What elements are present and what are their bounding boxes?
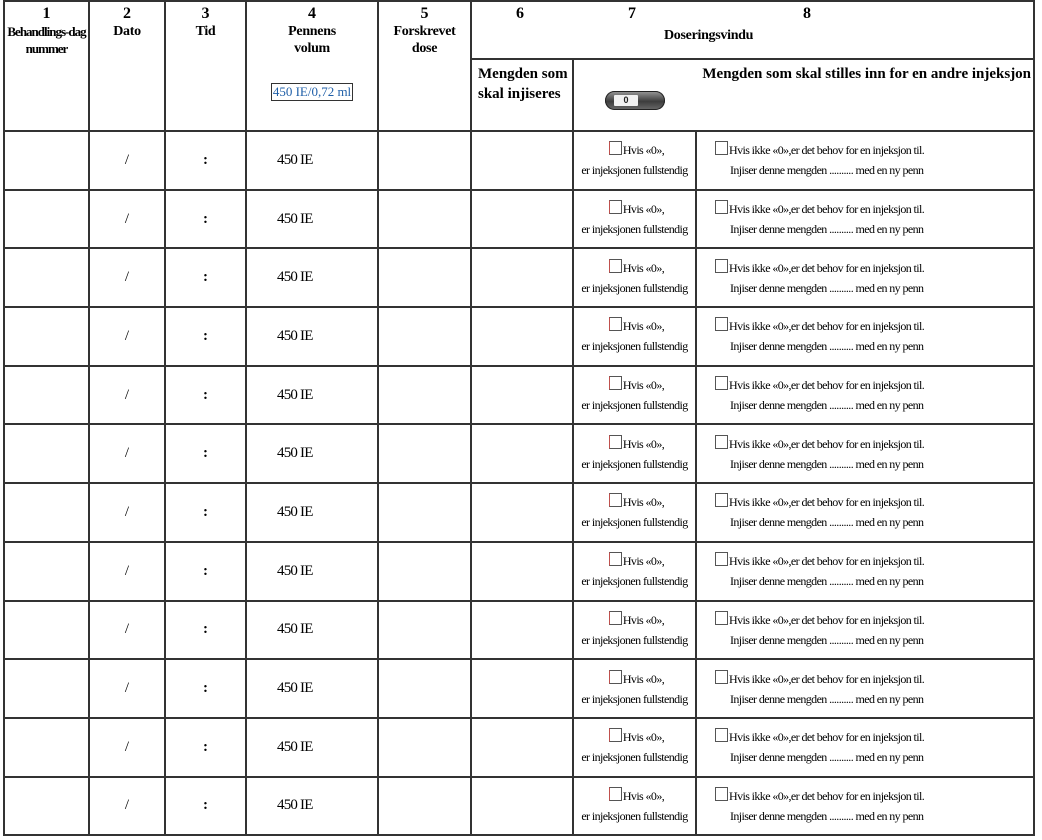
checkbox-label: Hvis «0», bbox=[623, 319, 664, 333]
prescribed-dose-cell[interactable] bbox=[378, 366, 471, 425]
injection-complete-checkbox[interactable] bbox=[609, 200, 622, 214]
day-number-cell[interactable] bbox=[4, 483, 89, 542]
column-number: 3 bbox=[166, 5, 245, 23]
prescribed-dose-cell[interactable] bbox=[378, 424, 471, 483]
date-cell[interactable]: / bbox=[89, 366, 165, 425]
table-row: / : 450 IE Hvis «0», er injeksjonen full… bbox=[4, 366, 1034, 425]
date-cell[interactable]: / bbox=[89, 777, 165, 836]
checkbox-label-2: Injiser denne mengden .......... med en … bbox=[697, 747, 1033, 767]
date-cell[interactable]: / bbox=[89, 248, 165, 307]
day-number-cell[interactable] bbox=[4, 366, 89, 425]
pen-volume-value: 450 IE bbox=[247, 680, 377, 697]
amount-to-inject-cell[interactable] bbox=[471, 718, 573, 777]
prescribed-dose-cell[interactable] bbox=[378, 659, 471, 718]
day-number-cell[interactable] bbox=[4, 307, 89, 366]
another-injection-checkbox[interactable] bbox=[715, 552, 728, 566]
pen-volume-cell: 450 IE bbox=[246, 248, 378, 307]
time-cell[interactable]: : bbox=[165, 601, 246, 660]
injection-complete-cell: Hvis «0», er injeksjonen fullstendig bbox=[573, 777, 696, 836]
pen-volume-cell: 450 IE bbox=[246, 131, 378, 190]
date-separator: / bbox=[125, 269, 129, 285]
date-separator: / bbox=[125, 152, 129, 168]
amount-to-inject-cell[interactable] bbox=[471, 190, 573, 249]
checkbox-label-2: Injiser denne mengden .......... med en … bbox=[697, 219, 1033, 239]
another-injection-cell: Hvis ikke «0»,er det behov for en injeks… bbox=[696, 307, 1034, 366]
another-injection-cell: Hvis ikke «0»,er det behov for en injeks… bbox=[696, 777, 1034, 836]
pen-volume-cell: 450 IE bbox=[246, 190, 378, 249]
time-cell[interactable]: : bbox=[165, 718, 246, 777]
another-injection-cell: Hvis ikke «0»,er det behov for en injeks… bbox=[696, 424, 1034, 483]
another-injection-checkbox[interactable] bbox=[715, 728, 728, 742]
injection-complete-cell: Hvis «0», er injeksjonen fullstendig bbox=[573, 542, 696, 601]
pen-volume-value: 450 IE bbox=[247, 621, 377, 638]
injection-complete-checkbox[interactable] bbox=[609, 435, 622, 449]
checkbox-label-2: er injeksjonen fullstendig bbox=[581, 222, 687, 236]
day-number-cell[interactable] bbox=[4, 718, 89, 777]
time-separator: : bbox=[203, 328, 208, 344]
table-row: / : 450 IE Hvis «0», er injeksjonen full… bbox=[4, 248, 1034, 307]
second-injection-title: Mengden som skal stilles inn for en andr… bbox=[702, 66, 1031, 83]
date-cell[interactable]: / bbox=[89, 659, 165, 718]
checkbox-label-2: Injiser denne mengden .......... med en … bbox=[697, 395, 1033, 415]
injection-complete-checkbox[interactable] bbox=[609, 376, 622, 390]
pen-volume-cell: 450 IE bbox=[246, 777, 378, 836]
amount-to-inject-cell[interactable] bbox=[471, 542, 573, 601]
time-cell[interactable]: : bbox=[165, 190, 246, 249]
amount-to-inject-cell[interactable] bbox=[471, 601, 573, 660]
time-separator: : bbox=[203, 445, 208, 461]
prescribed-dose-cell[interactable] bbox=[378, 248, 471, 307]
table-row: / : 450 IE Hvis «0», er injeksjonen full… bbox=[4, 190, 1034, 249]
injection-complete-cell: Hvis «0», er injeksjonen fullstendig bbox=[573, 718, 696, 777]
day-number-cell[interactable] bbox=[4, 659, 89, 718]
column-number: 2 bbox=[90, 5, 164, 23]
injection-complete-cell: Hvis «0», er injeksjonen fullstendig bbox=[573, 307, 696, 366]
amount-to-inject-cell[interactable] bbox=[471, 424, 573, 483]
table-row: / : 450 IE Hvis «0», er injeksjonen full… bbox=[4, 659, 1034, 718]
checkbox-label: Hvis «0», bbox=[623, 437, 664, 451]
checkbox-label: Hvis ikke «0»,er det behov for en injeks… bbox=[729, 495, 924, 509]
date-separator: / bbox=[125, 680, 129, 696]
injection-complete-checkbox[interactable] bbox=[609, 611, 622, 625]
prescribed-dose-cell[interactable] bbox=[378, 777, 471, 836]
injection-complete-cell: Hvis «0», er injeksjonen fullstendig bbox=[573, 366, 696, 425]
date-cell[interactable]: / bbox=[89, 601, 165, 660]
checkbox-label-2: er injeksjonen fullstendig bbox=[581, 281, 687, 295]
pen-volume-cell: 450 IE bbox=[246, 307, 378, 366]
checkbox-label: Hvis ikke «0»,er det behov for en injeks… bbox=[729, 143, 924, 157]
day-number-cell[interactable] bbox=[4, 542, 89, 601]
column-label: Dato bbox=[90, 23, 164, 40]
column-number: 6 bbox=[516, 5, 524, 23]
date-separator: / bbox=[125, 797, 129, 813]
checkbox-label: Hvis ikke «0»,er det behov for en injeks… bbox=[729, 437, 924, 451]
table-row: / : 450 IE Hvis «0», er injeksjonen full… bbox=[4, 424, 1034, 483]
amount-to-inject-cell[interactable] bbox=[471, 659, 573, 718]
checkbox-label: Hvis «0», bbox=[623, 261, 664, 275]
table-row: / : 450 IE Hvis «0», er injeksjonen full… bbox=[4, 542, 1034, 601]
date-cell[interactable]: / bbox=[89, 483, 165, 542]
pen-volume-cell: 450 IE bbox=[246, 601, 378, 660]
injection-complete-checkbox[interactable] bbox=[609, 317, 622, 331]
injection-complete-cell: Hvis «0», er injeksjonen fullstendig bbox=[573, 659, 696, 718]
checkbox-label-2: Injiser denne mengden .......... med en … bbox=[697, 454, 1033, 474]
pen-volume-cell: 450 IE bbox=[246, 424, 378, 483]
date-cell[interactable]: / bbox=[89, 718, 165, 777]
day-number-cell[interactable] bbox=[4, 131, 89, 190]
pen-volume-cell: 450 IE bbox=[246, 366, 378, 425]
table-row: / : 450 IE Hvis «0», er injeksjonen full… bbox=[4, 307, 1034, 366]
another-injection-cell: Hvis ikke «0»,er det behov for en injeks… bbox=[696, 190, 1034, 249]
time-cell[interactable]: : bbox=[165, 366, 246, 425]
day-number-cell[interactable] bbox=[4, 424, 89, 483]
injection-complete-checkbox[interactable] bbox=[609, 787, 622, 801]
column-label: Pennens volum bbox=[282, 23, 342, 57]
pen-volume-value: 450 IE bbox=[247, 797, 377, 814]
time-cell[interactable]: : bbox=[165, 542, 246, 601]
time-separator: : bbox=[203, 680, 208, 696]
checkbox-label-2: er injeksjonen fullstendig bbox=[581, 750, 687, 764]
amount-to-inject-cell[interactable] bbox=[471, 248, 573, 307]
checkbox-label-2: Injiser denne mengden .......... med en … bbox=[697, 512, 1033, 532]
checkbox-label-2: er injeksjonen fullstendig bbox=[581, 515, 687, 529]
table-row: / : 450 IE Hvis «0», er injeksjonen full… bbox=[4, 131, 1034, 190]
date-separator: / bbox=[125, 563, 129, 579]
checkbox-label-2: Injiser denne mengden .......... med en … bbox=[697, 278, 1033, 298]
pen-volume-box: 450 IE/0,72 ml bbox=[271, 83, 353, 101]
pen-volume-cell: 450 IE bbox=[246, 483, 378, 542]
checkbox-label-2: er injeksjonen fullstendig bbox=[581, 398, 687, 412]
injection-complete-cell: Hvis «0», er injeksjonen fullstendig bbox=[573, 483, 696, 542]
pen-volume-value: 450 IE bbox=[247, 328, 377, 345]
another-injection-checkbox[interactable] bbox=[715, 435, 728, 449]
date-separator: / bbox=[125, 739, 129, 755]
checkbox-label-2: er injeksjonen fullstendig bbox=[581, 457, 687, 471]
date-cell[interactable]: / bbox=[89, 190, 165, 249]
date-cell[interactable]: / bbox=[89, 542, 165, 601]
time-separator: : bbox=[203, 211, 208, 227]
another-injection-checkbox[interactable] bbox=[715, 376, 728, 390]
day-number-cell[interactable] bbox=[4, 248, 89, 307]
checkbox-label: Hvis «0», bbox=[623, 789, 664, 803]
header-time: 3 Tid bbox=[165, 1, 246, 131]
time-separator: : bbox=[203, 739, 208, 755]
another-injection-cell: Hvis ikke «0»,er det behov for en injeks… bbox=[696, 131, 1034, 190]
checkbox-label: Hvis «0», bbox=[623, 378, 664, 392]
prescribed-dose-cell[interactable] bbox=[378, 131, 471, 190]
another-injection-checkbox[interactable] bbox=[715, 787, 728, 801]
another-injection-cell: Hvis ikke «0»,er det behov for en injeks… bbox=[696, 601, 1034, 660]
column-number: 1 bbox=[5, 5, 88, 23]
date-separator: / bbox=[125, 445, 129, 461]
checkbox-label-2: Injiser denne mengden .......... med en … bbox=[697, 160, 1033, 180]
time-cell[interactable]: : bbox=[165, 483, 246, 542]
table-row: / : 450 IE Hvis «0», er injeksjonen full… bbox=[4, 483, 1034, 542]
pen-volume-value: 450 IE bbox=[247, 504, 377, 521]
injection-complete-checkbox[interactable] bbox=[609, 493, 622, 507]
another-injection-checkbox[interactable] bbox=[715, 259, 728, 273]
dosing-window-title: Doseringsvindu bbox=[664, 28, 753, 44]
another-injection-cell: Hvis ikke «0»,er det behov for en injeks… bbox=[696, 366, 1034, 425]
header-dosing-window: 6 7 8 Doseringsvindu bbox=[471, 1, 1034, 59]
column-label: Tid bbox=[166, 23, 245, 40]
pen-dose-dial-icon: 0 bbox=[605, 91, 665, 110]
date-cell[interactable]: / bbox=[89, 307, 165, 366]
another-injection-checkbox[interactable] bbox=[715, 200, 728, 214]
date-cell[interactable]: / bbox=[89, 424, 165, 483]
time-cell[interactable]: : bbox=[165, 248, 246, 307]
another-injection-cell: Hvis ikke «0»,er det behov for en injeks… bbox=[696, 248, 1034, 307]
column-number: 8 bbox=[803, 5, 811, 23]
day-number-cell[interactable] bbox=[4, 190, 89, 249]
checkbox-label: Hvis ikke «0»,er det behov for en injeks… bbox=[729, 672, 924, 686]
time-separator: : bbox=[203, 269, 208, 285]
table-row: / : 450 IE Hvis «0», er injeksjonen full… bbox=[4, 777, 1034, 836]
amount-to-inject-cell[interactable] bbox=[471, 366, 573, 425]
another-injection-cell: Hvis ikke «0»,er det behov for en injeks… bbox=[696, 542, 1034, 601]
time-cell[interactable]: : bbox=[165, 131, 246, 190]
checkbox-label-2: Injiser denne mengden .......... med en … bbox=[697, 806, 1033, 826]
injection-complete-cell: Hvis «0», er injeksjonen fullstendig bbox=[573, 131, 696, 190]
header-amount-to-inject: Mengden som skal injiseres bbox=[471, 59, 573, 131]
amount-to-inject-cell[interactable] bbox=[471, 483, 573, 542]
checkbox-label: Hvis ikke «0»,er det behov for en injeks… bbox=[729, 319, 924, 333]
date-cell[interactable]: / bbox=[89, 131, 165, 190]
date-separator: / bbox=[125, 387, 129, 403]
time-separator: : bbox=[203, 504, 208, 520]
another-injection-cell: Hvis ikke «0»,er det behov for en injeks… bbox=[696, 718, 1034, 777]
checkbox-label-2: er injeksjonen fullstendig bbox=[581, 692, 687, 706]
checkbox-label: Hvis «0», bbox=[623, 202, 664, 216]
amount-to-inject-cell[interactable] bbox=[471, 131, 573, 190]
pen-volume-value: 450 IE bbox=[247, 563, 377, 580]
column-number: 7 bbox=[628, 5, 636, 23]
pen-volume-value: 450 IE bbox=[247, 211, 377, 228]
checkbox-label: Hvis «0», bbox=[623, 672, 664, 686]
injection-complete-cell: Hvis «0», er injeksjonen fullstendig bbox=[573, 248, 696, 307]
checkbox-label-2: Injiser denne mengden .......... med en … bbox=[697, 689, 1033, 709]
injection-complete-cell: Hvis «0», er injeksjonen fullstendig bbox=[573, 424, 696, 483]
header-date: 2 Dato bbox=[89, 1, 165, 131]
date-separator: / bbox=[125, 328, 129, 344]
header-amount-second-injection: 0 Mengden som skal stilles inn for en an… bbox=[573, 59, 1034, 131]
column-label: Behandlings-dag nummer bbox=[5, 23, 88, 57]
checkbox-label-2: Injiser denne mengden .......... med en … bbox=[697, 336, 1033, 356]
pen-dial-value: 0 bbox=[614, 95, 638, 106]
amount-to-inject-cell[interactable] bbox=[471, 777, 573, 836]
time-cell[interactable]: : bbox=[165, 424, 246, 483]
pen-volume-value: 450 IE bbox=[247, 387, 377, 404]
another-injection-checkbox[interactable] bbox=[715, 670, 728, 684]
checkbox-label-2: er injeksjonen fullstendig bbox=[581, 809, 687, 823]
table-row: / : 450 IE Hvis «0», er injeksjonen full… bbox=[4, 718, 1034, 777]
time-cell[interactable]: : bbox=[165, 777, 246, 836]
time-separator: : bbox=[203, 621, 208, 637]
header-prescribed-dose: 5 Forskrevet dose bbox=[378, 1, 471, 131]
time-separator: : bbox=[203, 387, 208, 403]
checkbox-label: Hvis «0», bbox=[623, 613, 664, 627]
checkbox-label: Hvis «0», bbox=[623, 554, 664, 568]
checkbox-label: Hvis ikke «0»,er det behov for en injeks… bbox=[729, 202, 924, 216]
amount-to-inject-cell[interactable] bbox=[471, 307, 573, 366]
header-pen-volume: 4 Pennens volum 450 IE/0,72 ml bbox=[246, 1, 378, 131]
pen-volume-cell: 450 IE bbox=[246, 659, 378, 718]
day-number-cell[interactable] bbox=[4, 777, 89, 836]
prescribed-dose-cell[interactable] bbox=[378, 601, 471, 660]
checkbox-label: Hvis ikke «0»,er det behov for en injeks… bbox=[729, 789, 924, 803]
pen-volume-value: 450 IE bbox=[247, 269, 377, 286]
pen-volume-value: 450 IE bbox=[247, 152, 377, 169]
checkbox-label: Hvis «0», bbox=[623, 143, 664, 157]
injection-complete-checkbox[interactable] bbox=[609, 670, 622, 684]
another-injection-checkbox[interactable] bbox=[715, 317, 728, 331]
pen-volume-cell: 450 IE bbox=[246, 542, 378, 601]
injection-complete-cell: Hvis «0», er injeksjonen fullstendig bbox=[573, 601, 696, 660]
checkbox-label: Hvis ikke «0»,er det behov for en injeks… bbox=[729, 554, 924, 568]
checkbox-label: Hvis «0», bbox=[623, 495, 664, 509]
time-separator: : bbox=[203, 563, 208, 579]
injection-complete-cell: Hvis «0», er injeksjonen fullstendig bbox=[573, 190, 696, 249]
date-separator: / bbox=[125, 504, 129, 520]
prescribed-dose-cell[interactable] bbox=[378, 190, 471, 249]
another-injection-cell: Hvis ikke «0»,er det behov for en injeks… bbox=[696, 659, 1034, 718]
checkbox-label: Hvis ikke «0»,er det behov for en injeks… bbox=[729, 613, 924, 627]
another-injection-checkbox[interactable] bbox=[715, 493, 728, 507]
time-cell[interactable]: : bbox=[165, 659, 246, 718]
checkbox-label: Hvis ikke «0»,er det behov for en injeks… bbox=[729, 378, 924, 392]
column-number: 4 bbox=[247, 5, 377, 23]
checkbox-label-2: er injeksjonen fullstendig bbox=[581, 633, 687, 647]
injection-complete-checkbox[interactable] bbox=[609, 552, 622, 566]
column-label: Forskrevet dose bbox=[390, 23, 460, 57]
time-cell[interactable]: : bbox=[165, 307, 246, 366]
another-injection-checkbox[interactable] bbox=[715, 141, 728, 155]
injection-log-table: 1 Behandlings-dag nummer 2 Dato 3 Tid 4 … bbox=[3, 0, 1035, 836]
time-separator: : bbox=[203, 797, 208, 813]
injection-complete-checkbox[interactable] bbox=[609, 728, 622, 742]
column-number: 5 bbox=[379, 5, 470, 23]
pen-volume-value: 450 IE bbox=[247, 739, 377, 756]
header-day-number: 1 Behandlings-dag nummer bbox=[4, 1, 89, 131]
prescribed-dose-cell[interactable] bbox=[378, 483, 471, 542]
pen-volume-cell: 450 IE bbox=[246, 718, 378, 777]
date-separator: / bbox=[125, 621, 129, 637]
date-separator: / bbox=[125, 211, 129, 227]
time-separator: : bbox=[203, 152, 208, 168]
day-number-cell[interactable] bbox=[4, 601, 89, 660]
checkbox-label: Hvis ikke «0»,er det behov for en injeks… bbox=[729, 730, 924, 744]
table-row: / : 450 IE Hvis «0», er injeksjonen full… bbox=[4, 601, 1034, 660]
injection-complete-checkbox[interactable] bbox=[609, 259, 622, 273]
checkbox-label-2: er injeksjonen fullstendig bbox=[581, 163, 687, 177]
checkbox-label-2: er injeksjonen fullstendig bbox=[581, 574, 687, 588]
prescribed-dose-cell[interactable] bbox=[378, 307, 471, 366]
pen-volume-value: 450 IE bbox=[247, 445, 377, 462]
checkbox-label-2: er injeksjonen fullstendig bbox=[581, 339, 687, 353]
log-rows: / : 450 IE Hvis «0», er injeksjonen full… bbox=[4, 131, 1034, 835]
checkbox-label-2: Injiser denne mengden .......... med en … bbox=[697, 630, 1033, 650]
injection-complete-checkbox[interactable] bbox=[609, 141, 622, 155]
checkbox-label: Hvis «0», bbox=[623, 730, 664, 744]
checkbox-label: Hvis ikke «0»,er det behov for en injeks… bbox=[729, 261, 924, 275]
checkbox-label-2: Injiser denne mengden .......... med en … bbox=[697, 571, 1033, 591]
prescribed-dose-cell[interactable] bbox=[378, 542, 471, 601]
prescribed-dose-cell[interactable] bbox=[378, 718, 471, 777]
another-injection-cell: Hvis ikke «0»,er det behov for en injeks… bbox=[696, 483, 1034, 542]
another-injection-checkbox[interactable] bbox=[715, 611, 728, 625]
